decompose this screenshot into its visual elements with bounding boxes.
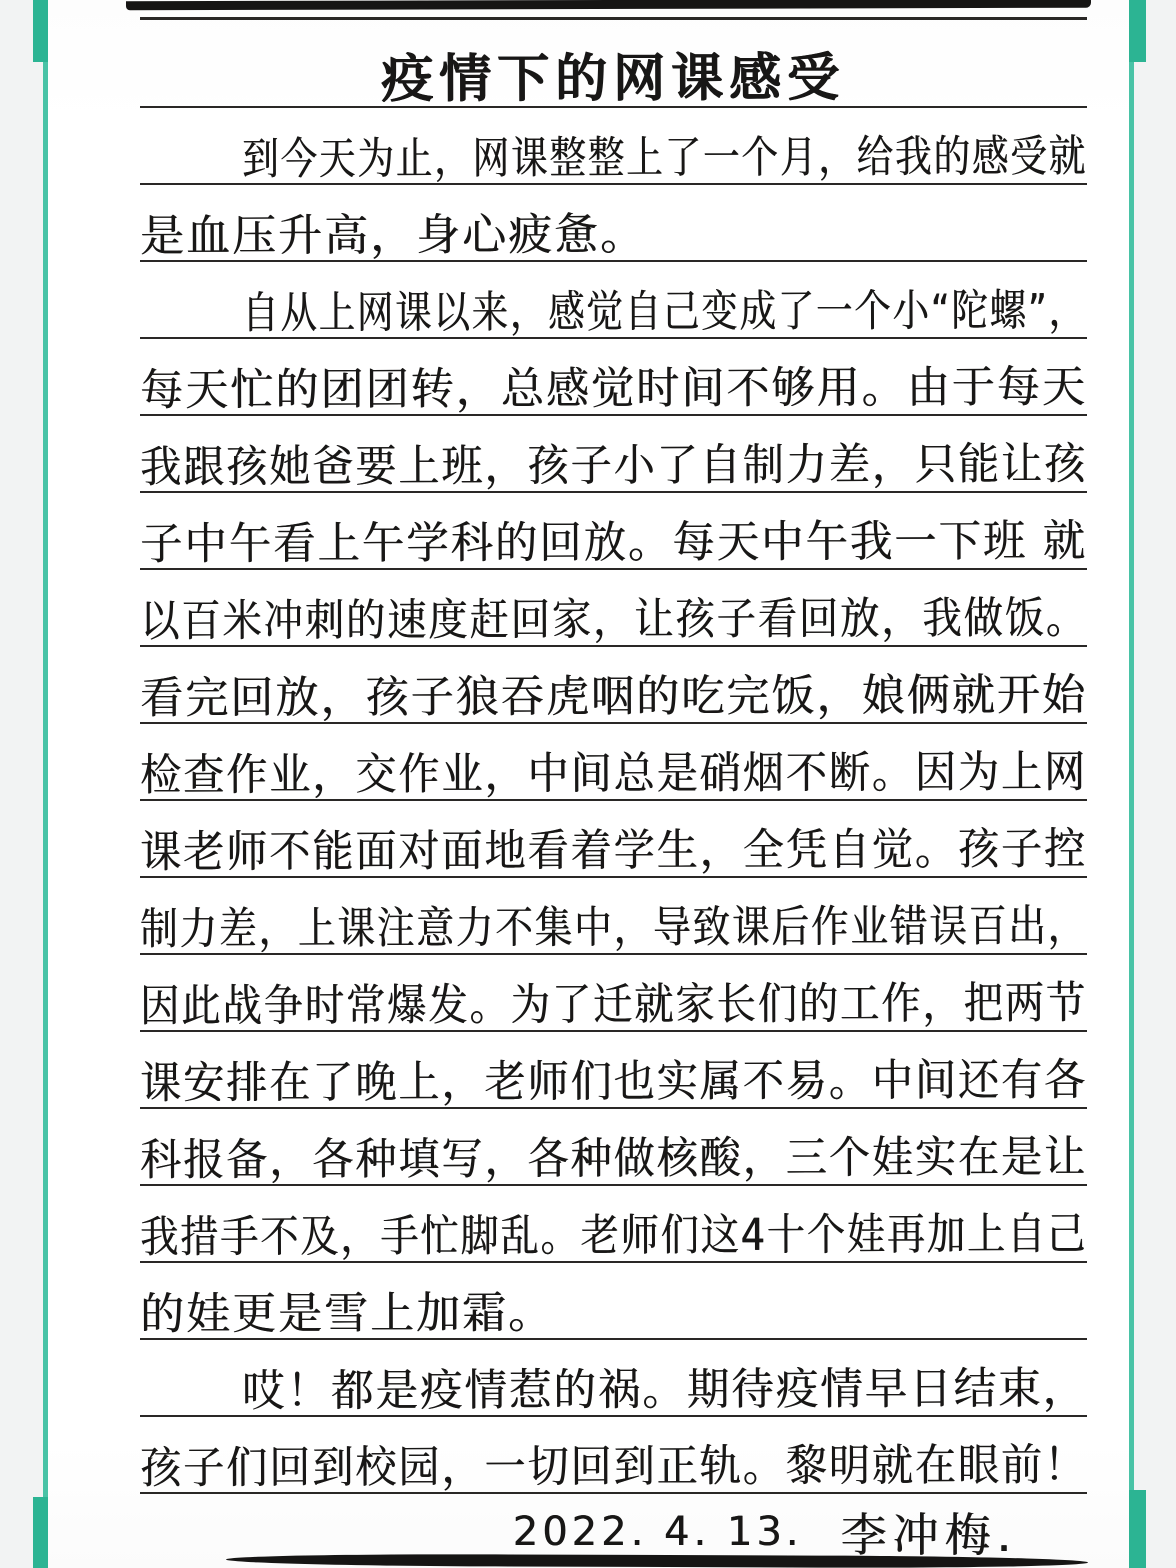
line-text: 哎！都是疫情惹的祸。期待疫情早日结束，	[242, 1367, 1087, 1414]
line-text: 因此战争时常爆发。为了迁就家长们的工作，把两节	[140, 982, 1087, 1029]
handwriting-line: 以百米冲刺的速度赶回家，让孩子看回放，我做饭。	[140, 570, 1087, 647]
ruled-writing-area: 疫情下的网课感受 到今天为止，网课整整上了一个月，给我的感受就 是血压升高，身心…	[140, 17, 1087, 1568]
date-text: 2022. 4. 13.	[513, 1509, 803, 1555]
teal-corner-bottom-left	[33, 1497, 48, 1568]
handwriting-line: 到今天为止，网课整整上了一个月，给我的感受就	[140, 108, 1087, 185]
handwriting-line: 检查作业，交作业，中间总是硝烟不断。因为上网	[140, 724, 1087, 801]
paper-top-edge-shadow	[126, 0, 1091, 10]
line-text: 检查作业，交作业，中间总是硝烟不断。因为上网	[140, 751, 1087, 798]
handwriting-line: 的娃更是雪上加霜。	[140, 1263, 1087, 1340]
line-text: 子中午看上午学科的回放。每天中午我一下班 就	[140, 520, 1087, 567]
line-text: 课安排在了晚上，老师们也实属不易。中间还有各	[140, 1059, 1087, 1106]
teal-corner-bottom-right	[1129, 1490, 1146, 1568]
signature-text: 李冲梅.	[840, 1499, 1017, 1565]
handwriting-line: 看完回放，孩子狼吞虎咽的吃完饭，娘俩就开始	[140, 647, 1087, 724]
handwriting-line: 科报备，各种填写，各种做核酸，三个娃实在是让	[140, 1109, 1087, 1186]
teal-corner-top-right	[1129, 0, 1146, 62]
line-text: 制力差，上课注意力不集中，导致课后作业错误百出，	[140, 905, 1087, 952]
handwriting-line: 子中午看上午学科的回放。每天中午我一下班 就	[140, 493, 1087, 570]
line-text: 的娃更是雪上加霜。	[140, 1292, 554, 1337]
line-text: 孩子们回到校园，一切回到正轨。黎明就在眼前！	[140, 1444, 1087, 1491]
line-text: 到今天为止，网课整整上了一个月，给我的感受就	[242, 135, 1087, 182]
handwriting-line: 我跟孩她爸要上班，孩子小了自制力差，只能让孩	[140, 416, 1087, 493]
handwriting-line: 课安排在了晚上，老师们也实属不易。中间还有各	[140, 1032, 1087, 1109]
line-text: 我措手不及，手忙脚乱。老师们这4十个娃再加上自己	[140, 1213, 1087, 1260]
line-text: 课老师不能面对面地看着学生，全凭自觉。孩子控	[140, 828, 1087, 875]
handwriting-line: 哎！都是疫情惹的祸。期待疫情早日结束，	[140, 1340, 1087, 1417]
handwriting-line: 孩子们回到校园，一切回到正轨。黎明就在眼前！	[140, 1417, 1087, 1494]
line-text: 自从上网课以来，感觉自己变成了一个小“陀螺”，	[242, 289, 1087, 336]
teal-edge-right	[1129, 0, 1134, 1568]
essay-title: 疫情下的网课感受	[381, 52, 845, 106]
handwritten-page: 疫情下的网课感受 到今天为止，网课整整上了一个月，给我的感受就 是血压升高，身心…	[48, 0, 1129, 1568]
line-text: 科报备，各种填写，各种做核酸，三个娃实在是让	[140, 1136, 1087, 1183]
line-text: 看完回放，孩子狼吞虎咽的吃完饭，娘俩就开始	[140, 674, 1087, 721]
handwriting-line: 是血压升高，身心疲惫。	[140, 185, 1087, 262]
handwriting-line: 我措手不及，手忙脚乱。老师们这4十个娃再加上自己	[140, 1186, 1087, 1263]
handwriting-line: 制力差，上课注意力不集中，导致课后作业错误百出，	[140, 878, 1087, 955]
handwriting-line: 每天忙的团团转，总感觉时间不够用。由于每天	[140, 339, 1087, 416]
signature-row: 2022. 4. 13. 李冲梅.	[140, 1494, 1087, 1568]
handwriting-line: 自从上网课以来，感觉自己变成了一个小“陀螺”，	[140, 262, 1087, 339]
line-text: 每天忙的团团转，总感觉时间不够用。由于每天	[140, 366, 1087, 413]
line-text: 以百米冲刺的速度赶回家，让孩子看回放，我做饭。	[140, 597, 1087, 644]
handwriting-line: 课老师不能面对面地看着学生，全凭自觉。孩子控	[140, 801, 1087, 878]
handwriting-line: 因此战争时常爆发。为了迁就家长们的工作，把两节	[140, 955, 1087, 1032]
title-row: 疫情下的网课感受	[140, 20, 1087, 108]
line-text: 我跟孩她爸要上班，孩子小了自制力差，只能让孩	[140, 443, 1087, 490]
line-text: 是血压升高，身心疲惫。	[140, 213, 646, 259]
teal-corner-top-left	[33, 0, 48, 62]
